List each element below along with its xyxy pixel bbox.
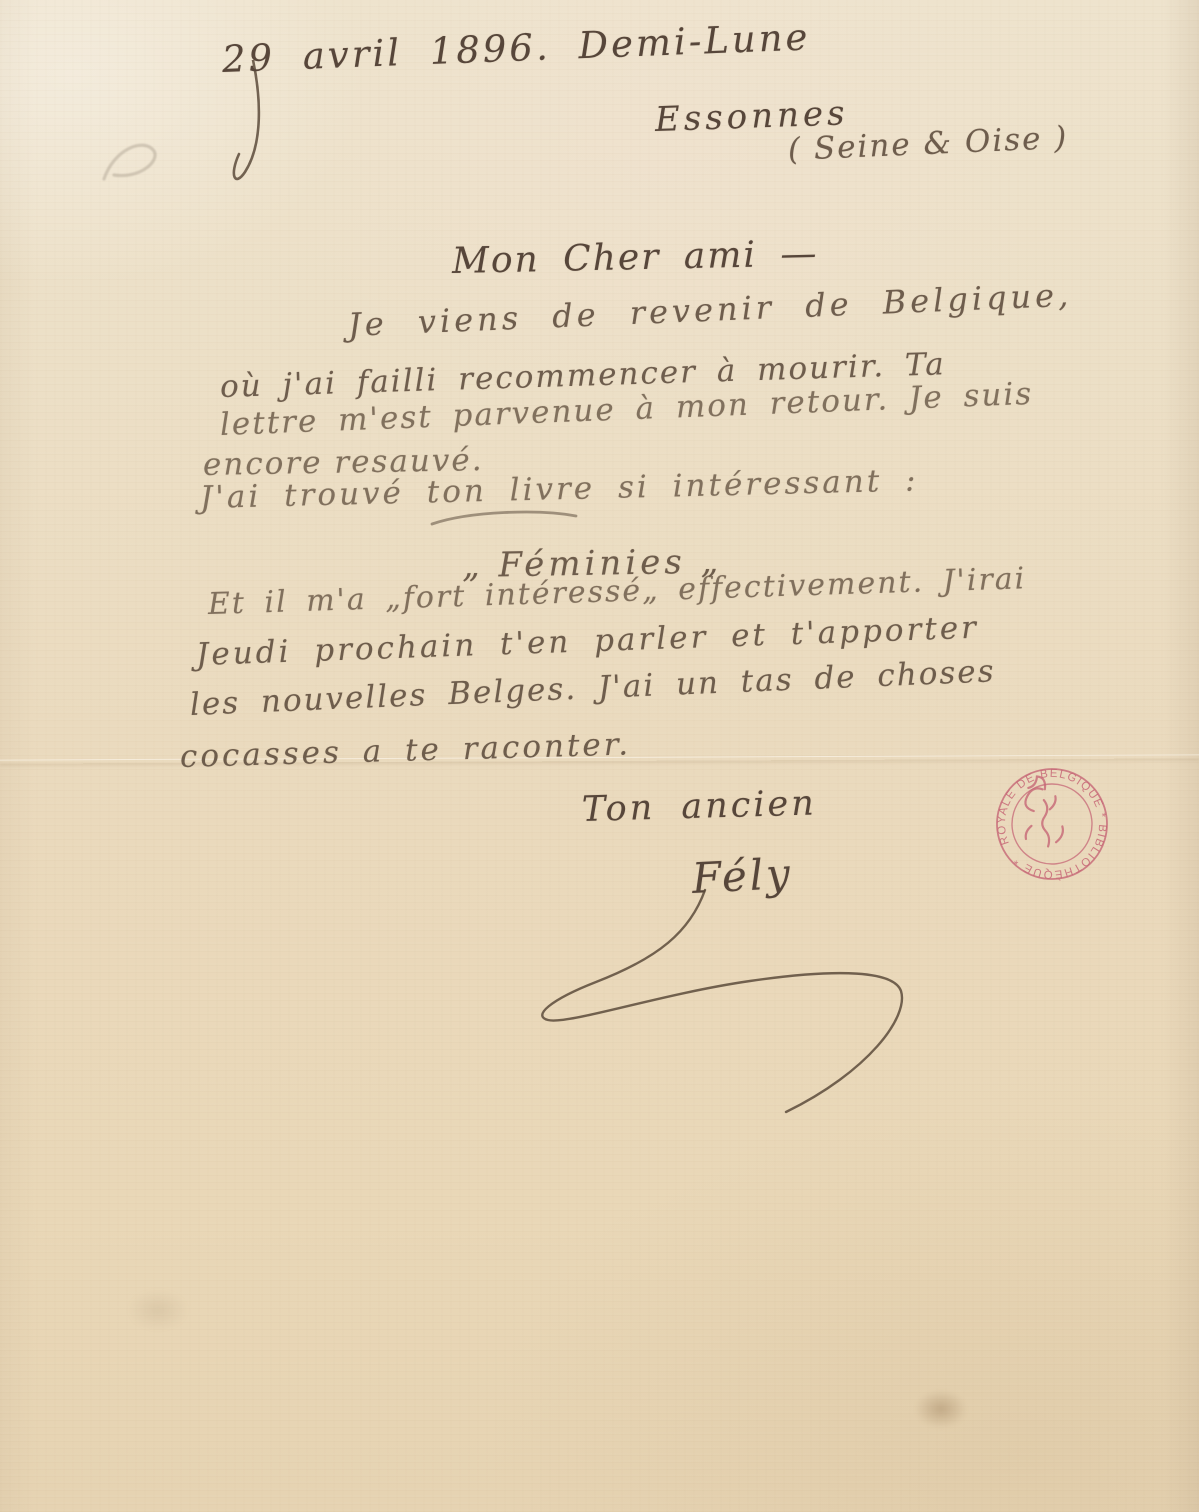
stain-smudge <box>915 1390 967 1428</box>
signature-flourish <box>538 886 920 1118</box>
body-line: Je viens de revenir de Belgique, <box>347 276 1073 344</box>
salutation-line: Mon Cher ami — <box>452 233 819 282</box>
underline-flourish <box>428 506 580 530</box>
stamp-ring-text: ROYALE DE BELGIQUE * BIBLIOTHÈQUE * <box>976 748 1128 900</box>
faint-stain <box>128 1290 188 1330</box>
date-line: 29 avril 1896. Demi-Lune <box>221 15 811 81</box>
library-stamp: ROYALE DE BELGIQUE * BIBLIOTHÈQUE * <box>972 744 1132 904</box>
pencil-mark <box>100 135 192 197</box>
letter-scan: 29 avril 1896. Demi-Lune Essonnes ( Sein… <box>0 0 1199 1512</box>
svg-text:ROYALE DE BELGIQUE * BIBLIOTHÈ: ROYALE DE BELGIQUE * BIBLIOTHÈQUE * <box>976 748 1128 900</box>
body-line: cocasses a te raconter. <box>179 726 631 775</box>
closing-line: Ton ancien <box>581 783 817 830</box>
